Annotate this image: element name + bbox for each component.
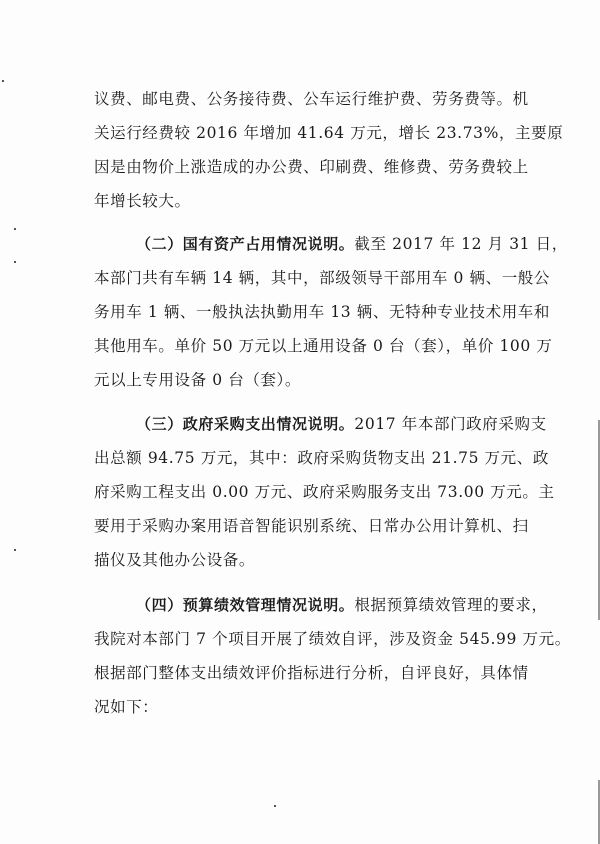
text-line: 务用车 1 辆、一般执法执勤用车 13 辆、无特种专业技术用车和 (94, 301, 550, 323)
scan-mark (14, 228, 16, 230)
text-line: 描仪及其他办公设备。 (94, 549, 255, 571)
text-line: 因是由物价上涨造成的办公费、印刷费、维修费、劳务费较上 (94, 156, 529, 178)
section-first-line: （二）国有资产占用情况说明。截至 2017 年 12 月 31 日， (94, 233, 568, 255)
section-heading: （三）政府采购支出情况说明。 (136, 415, 354, 433)
scan-mark (2, 80, 4, 82)
text-line: 关运行经费较 2016 年增加 41.64 万元，增长 23.73%，主要原 (94, 122, 563, 144)
text-line: 我院对本部门 7 个项目开展了绩效自评，涉及资金 545.99 万元。 (94, 628, 571, 650)
section-text: 2017 年本部门政府采购支 (354, 415, 546, 433)
section-first-line: （三）政府采购支出情况说明。2017 年本部门政府采购支 (94, 413, 547, 435)
section-text: 截至 2017 年 12 月 31 日， (354, 235, 567, 253)
text-line: 根据部门整体支出绩效评价指标进行分析，自评良好，具体情 (94, 662, 529, 684)
text-line: 年增长较大。 (94, 190, 191, 212)
text-line: 议费、邮电费、公务接待费、公车运行维护费、劳务费等。机 (94, 88, 529, 110)
section-heading: （四）预算绩效管理情况说明。 (136, 596, 354, 614)
text-line: 出总额 94.75 万元，其中：政府采购货物支出 21.75 万元、政 (94, 447, 549, 469)
scan-mark (14, 549, 16, 551)
text-line: 府采购工程支出 0.00 万元、政府采购服务支出 73.00 万元。主 (94, 481, 555, 503)
text-line: 元以上专用设备 0 台（套）。 (94, 369, 301, 391)
section-text: 根据预算绩效管理的要求， (354, 596, 547, 614)
document-page: 议费、邮电费、公务接待费、公车运行维护费、劳务费等。机 关运行经费较 2016 … (0, 0, 600, 844)
section-heading: （二）国有资产占用情况说明。 (136, 235, 354, 253)
text-line: 其他用车。单价 50 万元以上通用设备 0 台（套），单价 100 万 (94, 335, 552, 357)
text-line: 况如下： (94, 696, 158, 718)
text-line: 要用于采购办案用语音智能识别系统、日常办公用计算机、扫 (94, 515, 529, 537)
scan-mark (14, 261, 16, 263)
text-line: 本部门共有车辆 14 辆，其中，部级领导干部用车 0 辆、一般公 (94, 267, 550, 289)
scan-mark (274, 805, 276, 807)
section-first-line: （四）预算绩效管理情况说明。根据预算绩效管理的要求， (94, 594, 548, 616)
